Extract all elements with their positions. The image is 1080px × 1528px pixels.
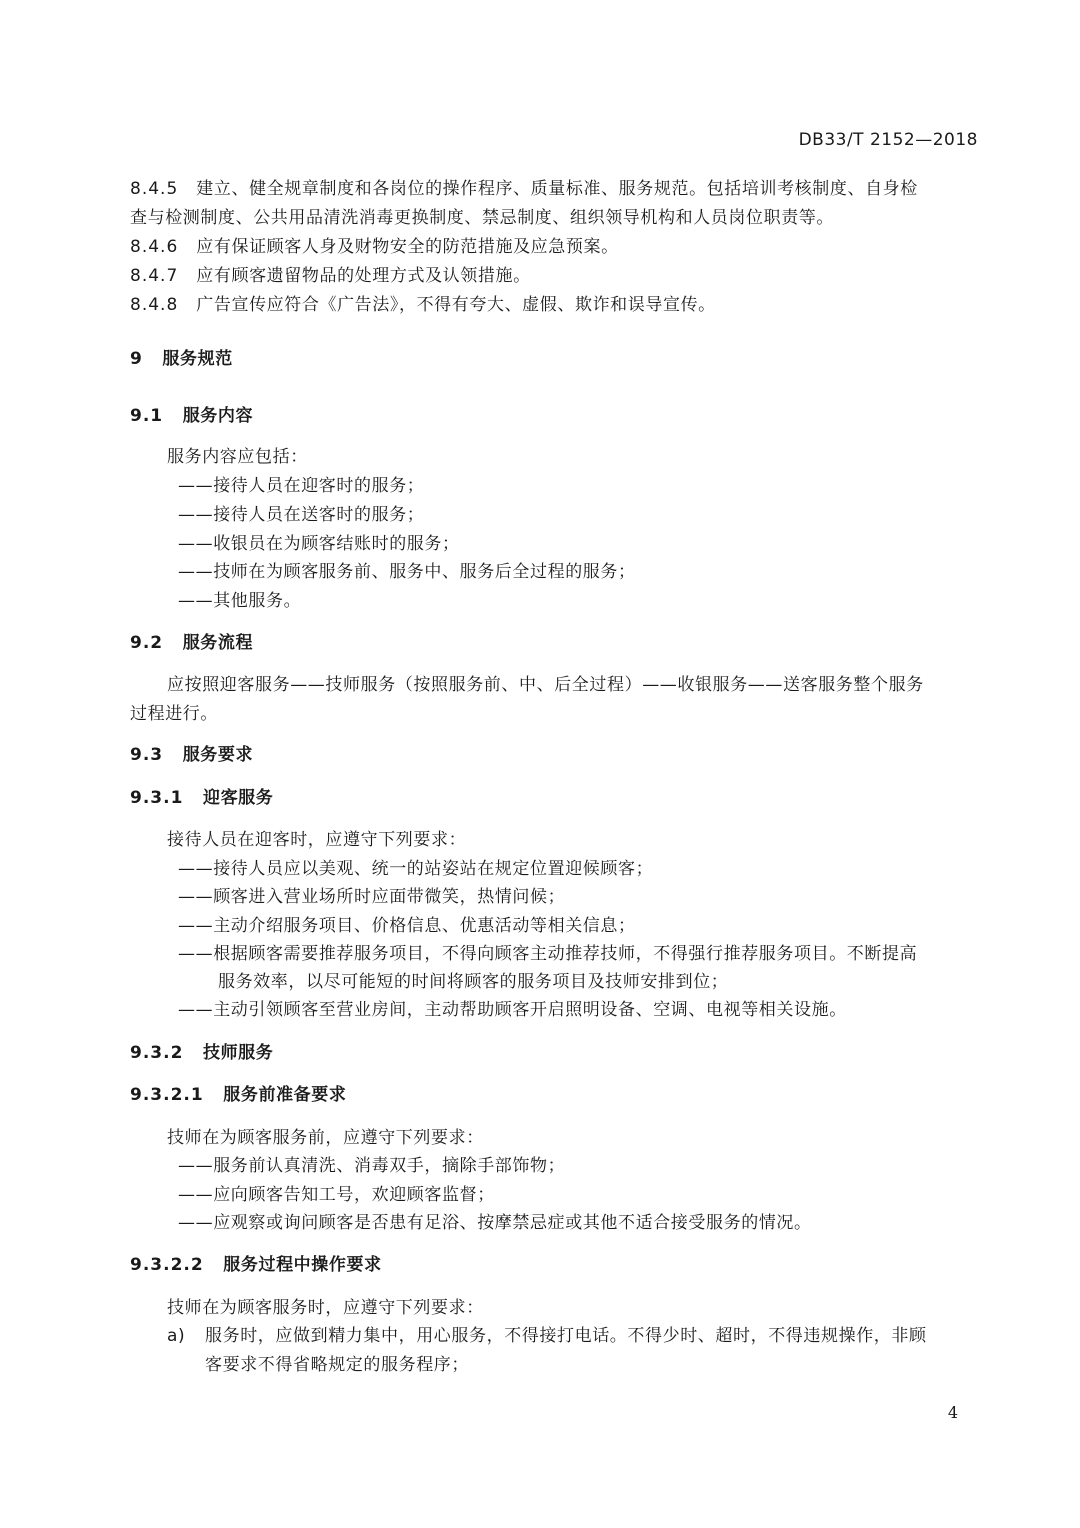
paragraph-intro: 技师在为顾客服务前，应遵守下列要求： (167, 1124, 484, 1153)
clause-8-4-5-cont: 查与检测制度、公共用品清洗消毒更换制度、禁忌制度、组织领导机构和人员岗位职责等。 (130, 204, 834, 233)
section-heading-9-1: 9.1 服务内容 (130, 402, 253, 431)
list-item-label: a) (167, 1322, 185, 1351)
paragraph: 应按照迎客服务——技师服务（按照服务前、中、后全过程）——收银服务——送客服务整… (167, 671, 924, 700)
list-item: ——接待人员在送客时的服务； (178, 501, 424, 530)
list-item: ——主动介绍服务项目、价格信息、优惠活动等相关信息； (178, 912, 636, 941)
list-item: ——应观察或询问顾客是否患有足浴、按摩禁忌症或其他不适合接受服务的情况。 (178, 1209, 812, 1238)
list-item: ——服务前认真清洗、消毒双手，摘除手部饰物； (178, 1152, 565, 1181)
section-heading-9-3-2: 9.3.2 技师服务 (130, 1039, 273, 1068)
section-heading-9-3-1: 9.3.1 迎客服务 (130, 784, 273, 813)
section-heading-9: 9 服务规范 (130, 345, 233, 374)
clause-8-4-7: 8.4.7 应有顾客遗留物品的处理方式及认领措施。 (130, 262, 531, 291)
paragraph-cont: 过程进行。 (130, 700, 218, 729)
section-heading-9-3: 9.3 服务要求 (130, 741, 253, 770)
section-heading-9-3-2-2: 9.3.2.2 服务过程中操作要求 (130, 1251, 382, 1280)
list-item: ——顾客进入营业场所时应面带微笑，热情问候； (178, 883, 565, 912)
list-item-cont: 服务效率，以尽可能短的时间将顾客的服务项目及技师安排到位； (218, 968, 728, 997)
clause-8-4-5: 8.4.5 建立、健全规章制度和各岗位的操作程序、质量标准、服务规范。包括培训考… (130, 175, 918, 204)
section-heading-9-3-2-1: 9.3.2.1 服务前准备要求 (130, 1081, 346, 1110)
page-number: 4 (948, 1403, 958, 1422)
list-item: ——接待人员应以美观、统一的站姿站在规定位置迎候顾客； (178, 855, 653, 884)
paragraph-intro: 技师在为顾客服务时，应遵守下列要求： (167, 1294, 484, 1323)
list-item: ——接待人员在迎客时的服务； (178, 472, 424, 501)
section-heading-9-2: 9.2 服务流程 (130, 629, 253, 658)
document-page: DB33/T 2152—2018 8.4.5 建立、健全规章制度和各岗位的操作程… (0, 0, 1080, 1528)
document-id: DB33/T 2152—2018 (799, 130, 978, 150)
clause-8-4-8: 8.4.8 广告宣传应符合《广告法》，不得有夸大、虚假、欺诈和误导宣传。 (130, 291, 716, 320)
paragraph-intro: 接待人员在迎客时，应遵守下列要求： (167, 826, 466, 855)
list-item-cont: 客要求不得省略规定的服务程序； (205, 1351, 469, 1380)
clause-8-4-6: 8.4.6 应有保证顾客人身及财物安全的防范措施及应急预案。 (130, 233, 619, 262)
list-item: ——收银员在为顾客结账时的服务； (178, 530, 460, 559)
list-item: ——根据顾客需要推荐服务项目，不得向顾客主动推荐技师，不得强行推荐服务项目。不断… (178, 940, 917, 969)
list-item: ——技师在为顾客服务前、服务中、服务后全过程的服务； (178, 558, 636, 587)
list-item: 服务时，应做到精力集中，用心服务，不得接打电话。不得少时、超时，不得违规操作，非… (205, 1322, 927, 1351)
list-item: ——应向顾客告知工号，欢迎顾客监督； (178, 1181, 495, 1210)
paragraph-intro: 服务内容应包括： (167, 443, 308, 472)
list-item: ——其他服务。 (178, 587, 301, 616)
list-item: ——主动引领顾客至营业房间，主动帮助顾客开启照明设备、空调、电视等相关设施。 (178, 996, 847, 1025)
